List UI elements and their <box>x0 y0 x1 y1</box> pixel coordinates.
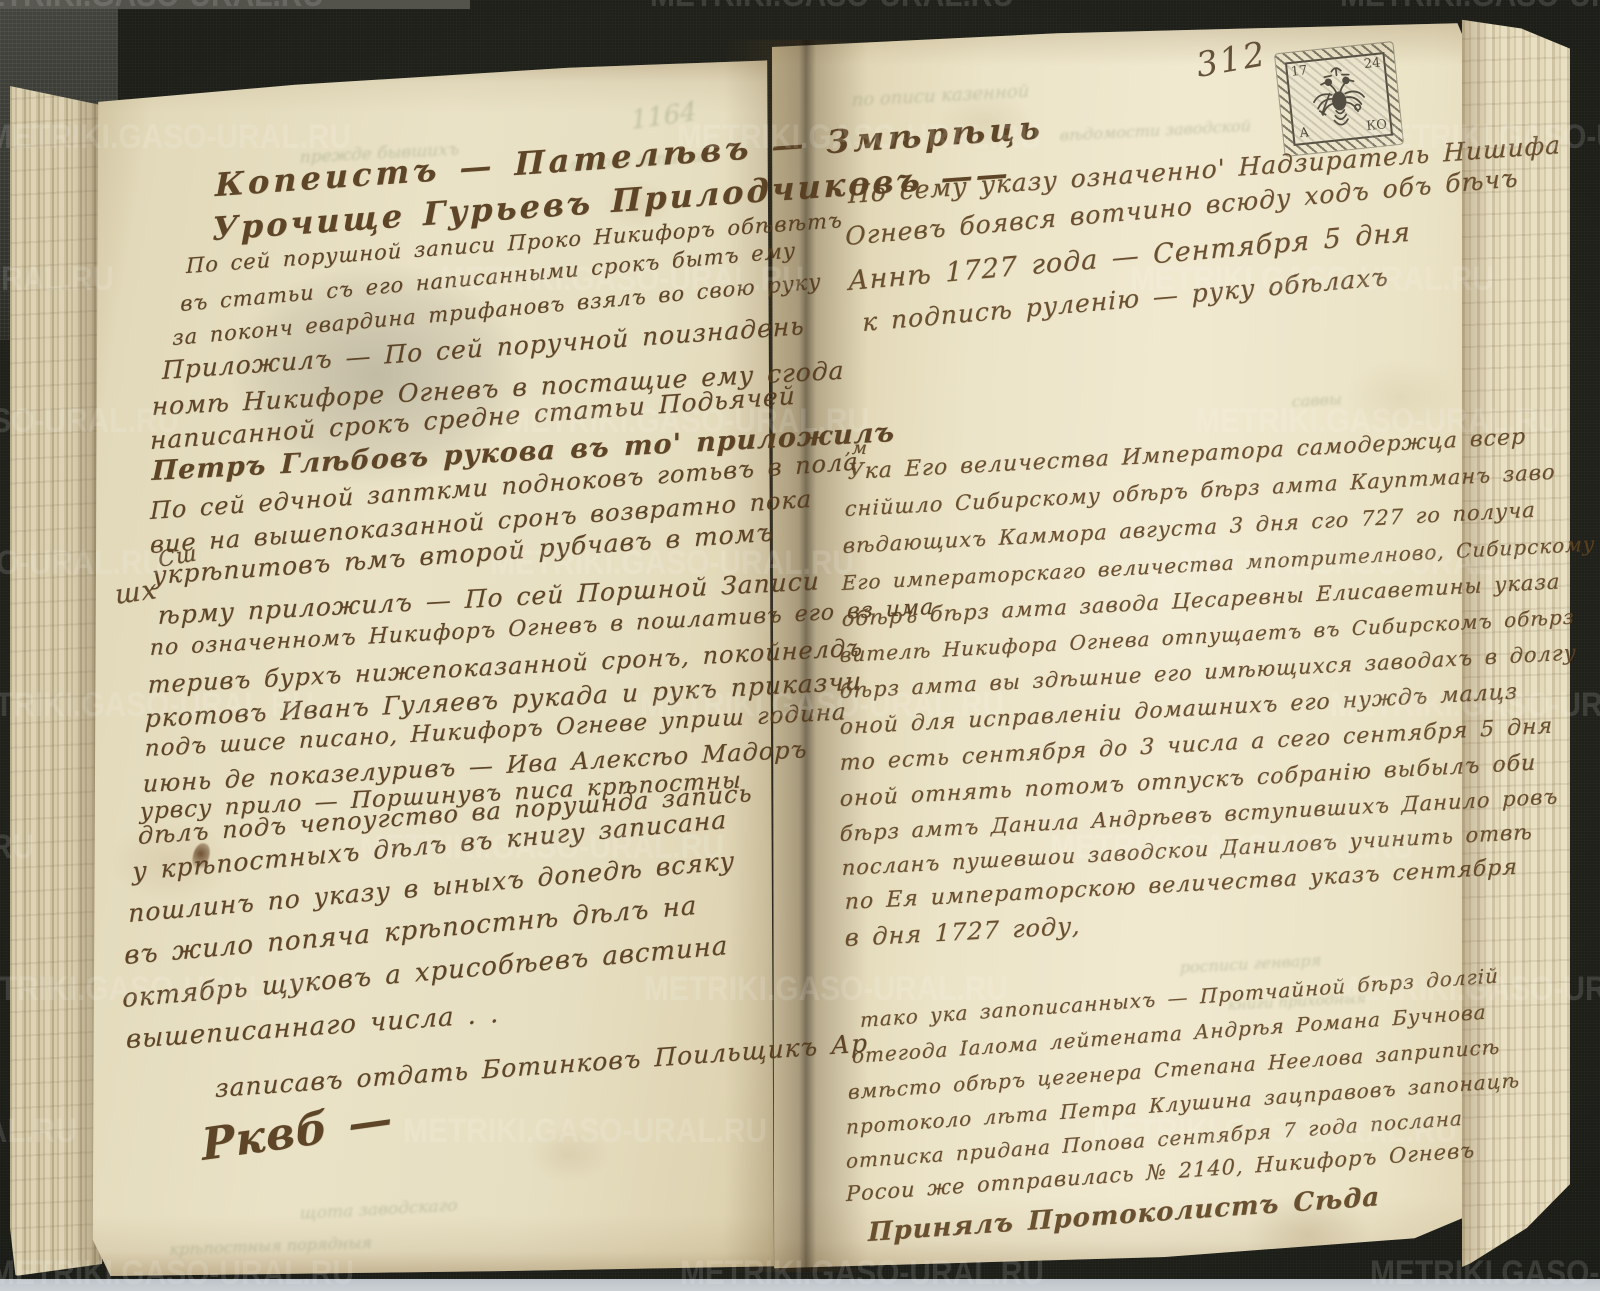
manuscript-scan: 312 17 24 А КО <box>0 0 1600 1291</box>
watermark-text: METRIKI.GASO-URAL.RU <box>650 0 1014 15</box>
double-headed-eagle-icon <box>1301 60 1376 139</box>
scanner-edge-strip <box>0 1279 1600 1291</box>
watermark-text: METRIKI.GASO-URAL.RU <box>1340 0 1600 15</box>
revenue-stamp: 17 24 А КО <box>1275 42 1403 156</box>
book-fore-edge-right <box>1462 16 1570 1272</box>
book-fore-edge-left <box>10 74 102 1276</box>
background-fabric-strip <box>0 0 470 9</box>
revenue-stamp-frame: 17 24 А КО <box>1285 52 1393 146</box>
right-page <box>772 22 1486 1272</box>
left-page <box>90 58 774 1276</box>
